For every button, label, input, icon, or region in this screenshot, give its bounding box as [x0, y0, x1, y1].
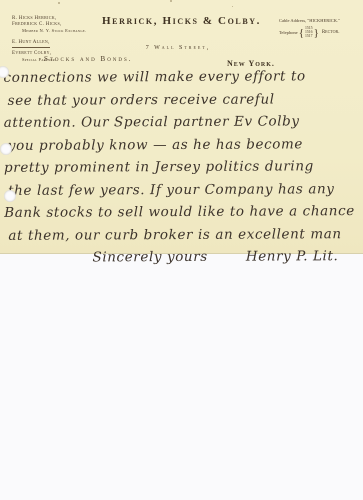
telephone-numbers: 1515 1516 1517 [305, 27, 313, 39]
handwriting-line: see that your orders receive careful [4, 88, 360, 112]
punch-hole [0, 143, 12, 155]
signature: Henry P. Lit. [246, 245, 339, 268]
paper-speck [170, 0, 172, 2]
cable-address-label: Cable Address, [279, 18, 306, 23]
partner-name: E. Hunt Allen, [12, 40, 50, 48]
handwriting-line: you probably know — as he has become [4, 133, 360, 157]
cable-address-value: "HICKHERICK." [307, 18, 340, 23]
telephone-number: 1517 [305, 35, 313, 39]
handwriting-line: connections we will make every effort to [3, 65, 359, 89]
brace-close: } [314, 28, 319, 38]
telephone-label: Telephone [279, 30, 298, 35]
handwriting-line: the last few years. If your Company has … [4, 178, 360, 202]
paper-speck [232, 6, 233, 7]
letter-paper: R. Hicks Herrick, Frederick C. Hicks, Me… [0, 0, 363, 254]
street-address: 7 Wall Street, [118, 45, 238, 51]
handwriting-line: at them, our curb broker is an excellent… [4, 223, 360, 247]
partner-note: Member N. Y. Stock Exchange. [12, 28, 86, 34]
closing-phrase: Sincerely yours [92, 246, 207, 269]
telephone-exchange: Rector. [322, 30, 340, 35]
handwritten-body: connections we will make every effort to… [3, 65, 360, 269]
handwriting-line: Bank stocks to sell would like to have a… [4, 200, 360, 224]
telephone-line: Telephone { 1515 1516 1517 } Rector. [279, 27, 340, 39]
brace-open: { [299, 28, 304, 38]
handwriting-line: attention. Our Special partner Ev Colby [4, 110, 360, 134]
business-line: Stocks and Bonds. [44, 55, 133, 63]
cable-address-line: Cable Address, "HICKHERICK." [279, 18, 340, 23]
paper-speck [58, 2, 60, 4]
scanned-letter: R. Hicks Herrick, Frederick C. Hicks, Me… [0, 0, 363, 500]
punch-hole [4, 190, 16, 202]
handwriting-line: pretty prominent in Jersey politics duri… [4, 155, 360, 179]
contact-block: Cable Address, "HICKHERICK." Telephone {… [279, 18, 340, 39]
closing-row: Sincerely yours Henry P. Lit. [4, 245, 360, 269]
